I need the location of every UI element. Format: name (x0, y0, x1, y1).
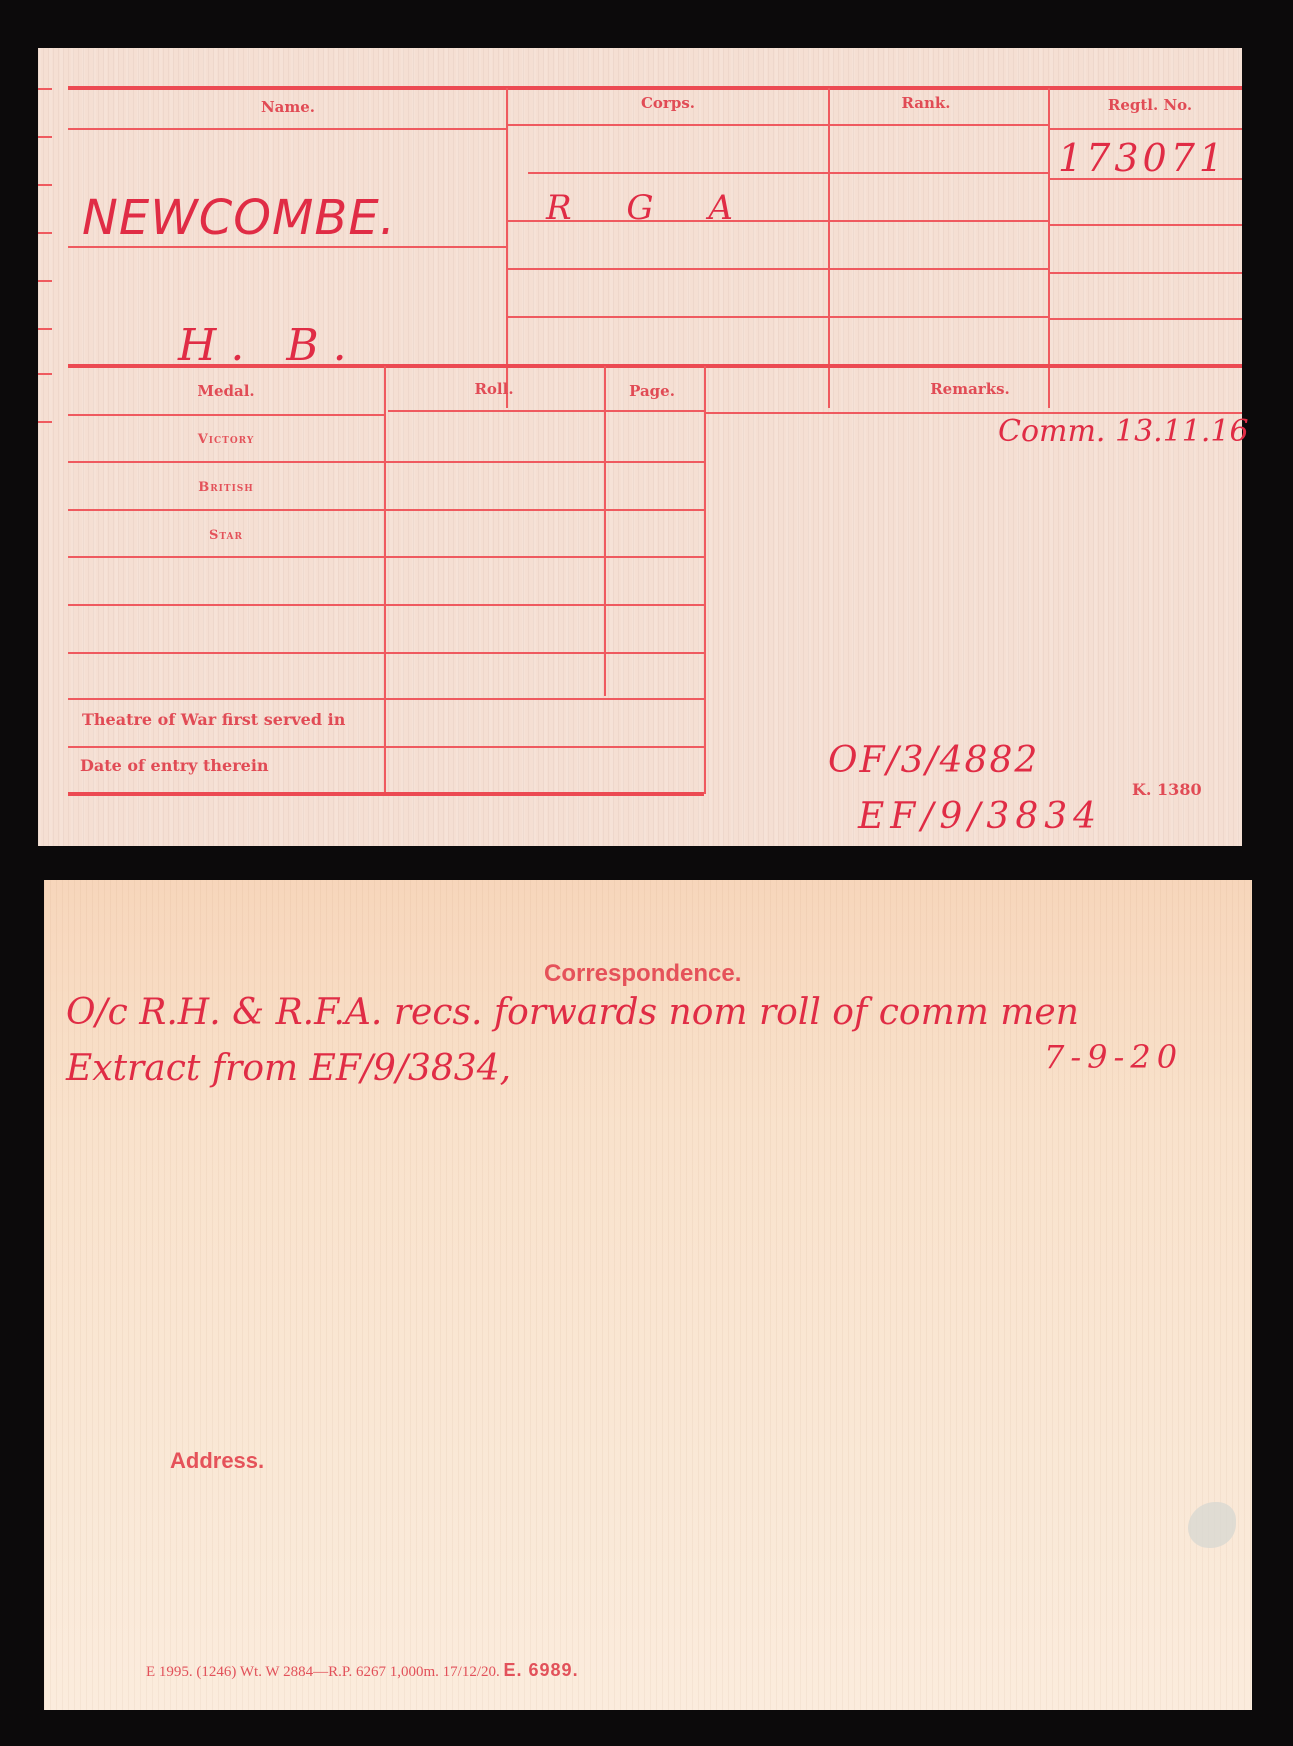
corps-row-rule (528, 172, 828, 174)
name-header-rule (68, 128, 508, 130)
rank-header-rule (830, 124, 1050, 126)
margin-tick (38, 328, 52, 330)
rank-regtl-divider (1048, 88, 1050, 408)
page-header: Page. (629, 382, 675, 400)
table-bottom-rule (68, 792, 704, 796)
corps-row-rule (508, 268, 828, 270)
corps-header: Corps. (641, 94, 695, 112)
date-entry-rule (68, 746, 704, 748)
rank-header: Rank. (901, 94, 950, 112)
regtl-row-rule (1050, 272, 1242, 274)
rank-row-rule (830, 268, 1050, 270)
corps-rank-divider (828, 88, 830, 408)
form-number: K. 1380 (1132, 780, 1202, 799)
correspondence-line-2: Extract from EF/9/3834, (66, 1048, 511, 1089)
medal-roll-divider (384, 366, 386, 794)
medal-header: Medal. (197, 382, 254, 400)
remarks-entry: Comm. 13.11.16 (998, 414, 1249, 449)
medal-row-rule (68, 509, 704, 511)
medal-card-back: Correspondence. O/c R.H. & R.F.A. recs. … (44, 880, 1252, 1710)
medal-row-rule (68, 461, 704, 463)
initials-entry: H. B. (178, 320, 361, 371)
margin-tick (38, 280, 52, 282)
surname-rule (68, 246, 508, 248)
remarks-header: Remarks. (930, 380, 1010, 398)
medal-star: Star (209, 528, 243, 543)
page-remarks-divider (704, 366, 706, 794)
margin-tick (38, 421, 52, 423)
paper-stain (1188, 1502, 1236, 1548)
date-of-entry-label: Date of entry therein (80, 756, 269, 775)
medal-row-rule (68, 652, 704, 654)
address-label: Address. (170, 1448, 264, 1474)
medal-victory: Victory (198, 432, 255, 447)
correspondence-line-1: O/c R.H. & R.F.A. recs. forwards nom rol… (66, 992, 1079, 1033)
rank-row-rule (830, 220, 1050, 222)
medal-header-rule (68, 414, 384, 416)
correspondence-title: Correspondence. (544, 960, 741, 988)
roll-header: Roll. (474, 380, 513, 398)
regtl-no-header: Regtl. No. (1108, 96, 1192, 114)
regtl-no-entry: 173071 (1058, 136, 1227, 180)
correspondence-date: 7-9-20 (1044, 1038, 1183, 1076)
top-rule (68, 86, 1242, 90)
corps-header-rule (508, 124, 828, 126)
surname-entry: NEWCOMBE. (82, 190, 396, 246)
reference-1: OF/3/4882 (828, 740, 1039, 781)
theatre-rule (68, 698, 704, 700)
corps-entry: R G A (546, 188, 755, 228)
print-footer: E 1995. (1246) Wt. W 2884—R.P. 6267 1,00… (146, 1660, 579, 1681)
medal-british: British (198, 480, 254, 495)
margin-tick (38, 184, 52, 186)
rank-row-rule (830, 316, 1050, 318)
margin-tick (38, 136, 52, 138)
regtl-header-rule (1050, 128, 1242, 130)
roll-page-divider (604, 366, 606, 696)
corps-row-rule (508, 316, 828, 318)
regtl-row-rule (1050, 224, 1242, 226)
margin-tick (38, 373, 52, 375)
medal-row-rule (68, 556, 704, 558)
name-header: Name. (261, 98, 315, 116)
reference-2: EF/9/3834 (858, 796, 1102, 837)
rank-row-rule (830, 172, 1050, 174)
print-footer-code: E. 6989. (504, 1660, 579, 1680)
print-footer-text: E 1995. (1246) Wt. W 2884—R.P. 6267 1,00… (146, 1664, 500, 1680)
name-corps-divider (506, 88, 508, 408)
roll-page-header-rule (388, 410, 704, 412)
theatre-of-war-label: Theatre of War first served in (82, 710, 345, 729)
medal-card-front: Name. Corps. Rank. Regtl. No. NEWCOMBE. … (38, 48, 1242, 846)
margin-tick (38, 232, 52, 234)
margin-tick (38, 88, 52, 90)
regtl-row-rule (1050, 318, 1242, 320)
medal-row-rule (68, 604, 704, 606)
